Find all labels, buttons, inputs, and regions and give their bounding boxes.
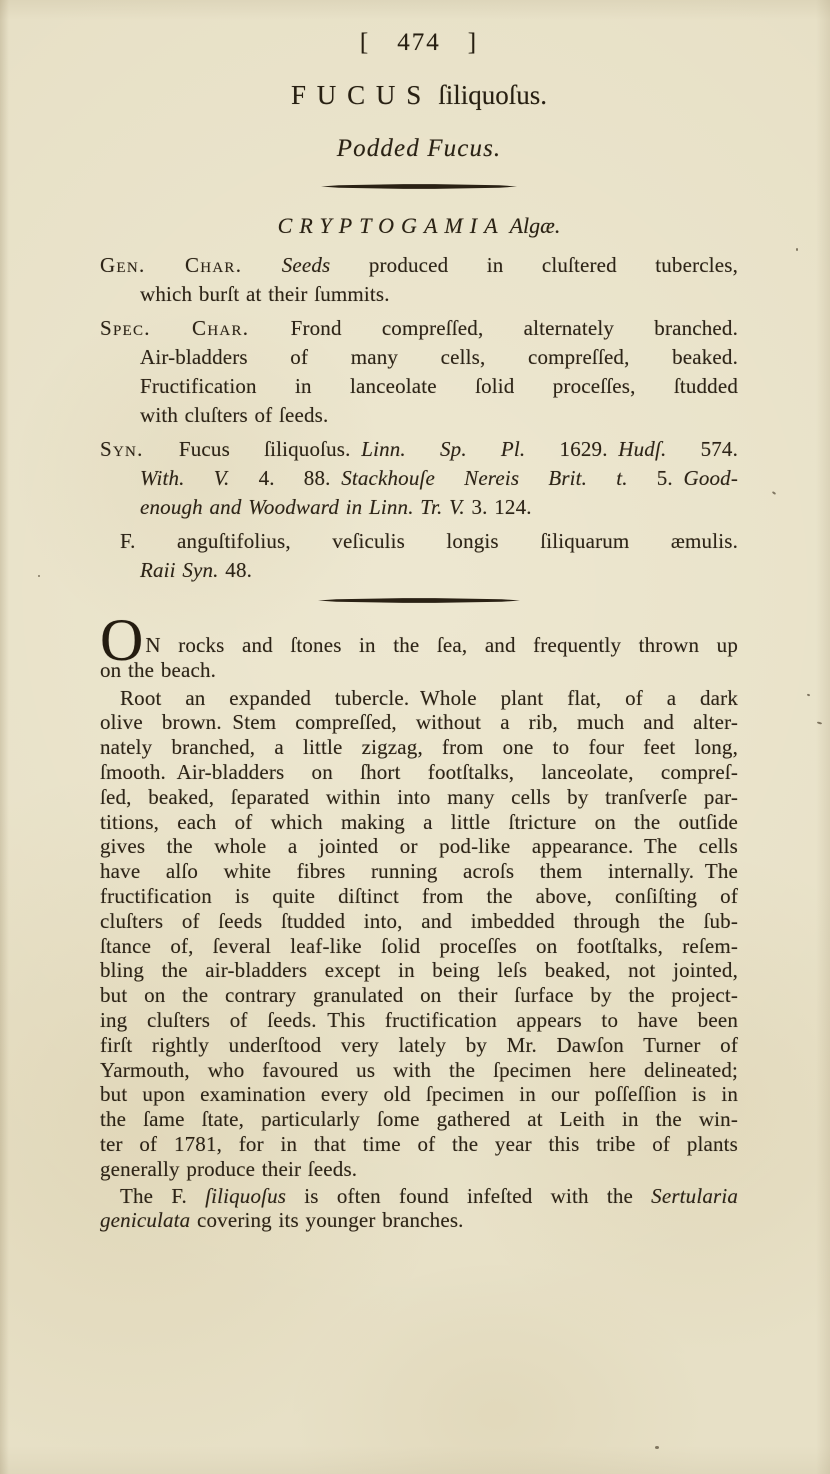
section-specific-character: Spec. Char. Frond compreſſed, alternatel… bbox=[100, 314, 738, 430]
classification-class: Algæ. bbox=[510, 213, 561, 238]
text-segment: ſtance of, ſeveral leaf-like ſolid proce… bbox=[100, 934, 738, 958]
text-segment: Spec. Char. bbox=[100, 316, 291, 340]
text-segment: Seeds bbox=[282, 253, 369, 277]
text-segment: nately branched, a little zigzag, from o… bbox=[100, 735, 738, 759]
text-segment: firſt rightly underſtood very lately by … bbox=[100, 1033, 738, 1057]
divider-rule-middle bbox=[318, 598, 520, 603]
text-segment: Fructification in lanceolate ſolid proce… bbox=[140, 374, 738, 398]
text-line: Raii Syn. 48. bbox=[100, 556, 738, 585]
common-name: Podded Fucus. bbox=[100, 134, 738, 164]
text-segment: olive brown. Stem compreſſed, without a … bbox=[100, 710, 738, 734]
text-segment: ing cluſters of ſeeds. This fructificati… bbox=[100, 1008, 738, 1032]
text-segment: The F. bbox=[120, 1184, 205, 1208]
text-line: geniculata covering its younger branches… bbox=[100, 1208, 738, 1233]
body-paragraph-description: Root an expanded tubercle. Whole plant f… bbox=[100, 686, 738, 1182]
classification-order: CRYPTOGAMIA bbox=[278, 213, 505, 238]
text-line: bling the air-bladders except in being l… bbox=[100, 958, 738, 983]
section-synonym-secondary: F. anguſtifolius, veſiculis longis ſiliq… bbox=[100, 527, 738, 585]
text-segment: 48. bbox=[225, 558, 252, 582]
genus-name: FUCUS bbox=[291, 80, 432, 110]
text-line: which burſt at their ſummits. bbox=[100, 280, 738, 309]
text-segment: 574. bbox=[701, 437, 738, 461]
text-segment: with cluſters of ſeeds. bbox=[140, 403, 328, 427]
page-number: [ 474 ] bbox=[100, 28, 738, 58]
text-line: but on the contrary granulated on their … bbox=[100, 983, 738, 1008]
text-segment: 4. 88. bbox=[259, 466, 342, 490]
text-segment: ter of 1781, for in that time of the yea… bbox=[100, 1132, 738, 1156]
text-segment: covering its younger branches. bbox=[190, 1208, 463, 1232]
text-segment: Hudſ. bbox=[618, 437, 700, 461]
text-line: ſtance of, ſeveral leaf-like ſolid proce… bbox=[100, 934, 738, 959]
text-line: ON rocks and ſtones in the ſea, and freq… bbox=[100, 633, 738, 658]
text-line: nately branched, a little zigzag, from o… bbox=[100, 735, 738, 760]
classification-line: CRYPTOGAMIAAlgæ. bbox=[100, 211, 738, 241]
text-segment: which burſt at their ſummits. bbox=[140, 282, 390, 306]
divider-rule-top bbox=[321, 184, 517, 189]
text-segment: fructification is quite diſtinct from th… bbox=[100, 884, 738, 908]
text-line: the ſame ſtate, particularly ſome gather… bbox=[100, 1107, 738, 1132]
text-segment: F. anguſtifolius, veſiculis longis ſiliq… bbox=[120, 529, 738, 553]
page-content: [ 474 ] FUCUSſiliquoſus. Podded Fucus. C… bbox=[0, 0, 830, 1233]
text-line: Air-bladders of many cells, compreſſed, … bbox=[100, 343, 738, 372]
text-line: have alſo white fibres running acroſs th… bbox=[100, 859, 738, 884]
ink-speck bbox=[796, 248, 798, 251]
section-generic-character: Gen. Char. Seeds produced in cluſtered t… bbox=[100, 251, 738, 309]
text-line: Fructification in lanceolate ſolid proce… bbox=[100, 372, 738, 401]
text-segment: Syn. bbox=[100, 437, 179, 461]
text-segment: Good- bbox=[684, 466, 739, 490]
text-segment: With. V. bbox=[140, 466, 259, 490]
text-line: With. V. 4. 88. Stackhouſe Nereis Brit. … bbox=[100, 464, 738, 493]
section-synonyms: Syn. Fucus ſiliquoſus. Linn. Sp. Pl. 162… bbox=[100, 435, 738, 522]
text-line: firſt rightly underſtood very lately by … bbox=[100, 1033, 738, 1058]
text-line: on the beach. bbox=[100, 658, 738, 683]
text-segment: Frond compreſſed, alternately branched. bbox=[291, 316, 738, 340]
text-line: ſmooth. Air-bladders on ſhort footſtalks… bbox=[100, 760, 738, 785]
ink-speck bbox=[655, 1446, 659, 1449]
text-segment: the ſame ſtate, particularly ſome gather… bbox=[100, 1107, 738, 1131]
text-line: generally produce their ſeeds. bbox=[100, 1157, 738, 1182]
body-paragraph-habitat: ON rocks and ſtones in the ſea, and freq… bbox=[100, 633, 738, 683]
text-line: olive brown. Stem compreſſed, without a … bbox=[100, 710, 738, 735]
text-segment: bling the air-bladders except in being l… bbox=[100, 958, 738, 982]
book-page: [ 474 ] FUCUSſiliquoſus. Podded Fucus. C… bbox=[0, 0, 830, 1474]
text-line: gives the whole a jointed or pod-like ap… bbox=[100, 834, 738, 859]
text-line: fructification is quite diſtinct from th… bbox=[100, 884, 738, 909]
text-line: ing cluſters of ſeeds. This fructificati… bbox=[100, 1008, 738, 1033]
text-line: Yarmouth, who favoured us with the ſpeci… bbox=[100, 1058, 738, 1083]
text-line: Syn. Fucus ſiliquoſus. Linn. Sp. Pl. 162… bbox=[100, 435, 738, 464]
text-segment: Linn. Sp. Pl. bbox=[361, 437, 559, 461]
text-line: ter of 1781, for in that time of the yea… bbox=[100, 1132, 738, 1157]
text-segment: 3. 124. bbox=[472, 495, 532, 519]
text-segment: gives the whole a jointed or pod-like ap… bbox=[100, 834, 738, 858]
body-paragraph-note: The F. ſiliquoſus is often found infeſte… bbox=[100, 1184, 738, 1234]
text-segment: Sertularia bbox=[651, 1184, 738, 1208]
text-segment: Air-bladders of many cells, compreſſed, … bbox=[140, 345, 738, 369]
text-segment: produced in cluſtered tubercles, bbox=[369, 253, 738, 277]
text-segment: Fucus ſiliquoſus. bbox=[179, 437, 361, 461]
text-line: ſed, beaked, ſeparated within into many … bbox=[100, 785, 738, 810]
text-segment: ſmooth. Air-bladders on ſhort footſtalks… bbox=[100, 760, 738, 784]
text-segment: on the beach. bbox=[100, 658, 216, 682]
text-segment: generally produce their ſeeds. bbox=[100, 1157, 357, 1181]
text-segment: Stackhouſe Nereis Brit. t. bbox=[341, 466, 657, 490]
page-title: FUCUSſiliquoſus. bbox=[100, 78, 738, 112]
text-line: but upon examination every old ſpecimen … bbox=[100, 1082, 738, 1107]
text-segment: ſed, beaked, ſeparated within into many … bbox=[100, 785, 738, 809]
text-segment: Root an expanded tubercle. Whole plant f… bbox=[120, 686, 738, 710]
text-segment: geniculata bbox=[100, 1208, 190, 1232]
text-segment: Gen. Char. bbox=[100, 253, 282, 277]
text-segment: Raii Syn. bbox=[140, 558, 225, 582]
text-line: The F. ſiliquoſus is often found infeſte… bbox=[100, 1184, 738, 1209]
text-segment: N rocks and ſtones in the ſea, and frequ… bbox=[145, 633, 738, 657]
text-segment: cluſters of ſeeds ſtudded into, and imbe… bbox=[100, 909, 738, 933]
text-segment: 1629. bbox=[560, 437, 619, 461]
species-name: ſiliquoſus. bbox=[438, 80, 547, 110]
text-line: cluſters of ſeeds ſtudded into, and imbe… bbox=[100, 909, 738, 934]
text-segment: but upon examination every old ſpecimen … bbox=[100, 1082, 738, 1106]
text-segment: is often found infeſted with the bbox=[286, 1184, 651, 1208]
text-segment: 5. bbox=[657, 466, 684, 490]
text-line: F. anguſtifolius, veſiculis longis ſiliq… bbox=[100, 527, 738, 556]
text-segment: but on the contrary granulated on their … bbox=[100, 983, 738, 1007]
text-line: Gen. Char. Seeds produced in cluſtered t… bbox=[100, 251, 738, 280]
text-line: titions, each of which making a little ſ… bbox=[100, 810, 738, 835]
text-segment: titions, each of which making a little ſ… bbox=[100, 810, 738, 834]
text-segment: ſiliquoſus bbox=[205, 1184, 286, 1208]
text-line: Spec. Char. Frond compreſſed, alternatel… bbox=[100, 314, 738, 343]
text-segment: enough and Woodward in Linn. Tr. V. bbox=[140, 495, 472, 519]
text-line: enough and Woodward in Linn. Tr. V. 3. 1… bbox=[100, 493, 738, 522]
ink-speck bbox=[38, 575, 40, 577]
text-segment: have alſo white fibres running acroſs th… bbox=[100, 859, 738, 883]
text-segment: Yarmouth, who favoured us with the ſpeci… bbox=[100, 1058, 738, 1082]
text-line: Root an expanded tubercle. Whole plant f… bbox=[100, 686, 738, 711]
text-line: with cluſters of ſeeds. bbox=[100, 401, 738, 430]
